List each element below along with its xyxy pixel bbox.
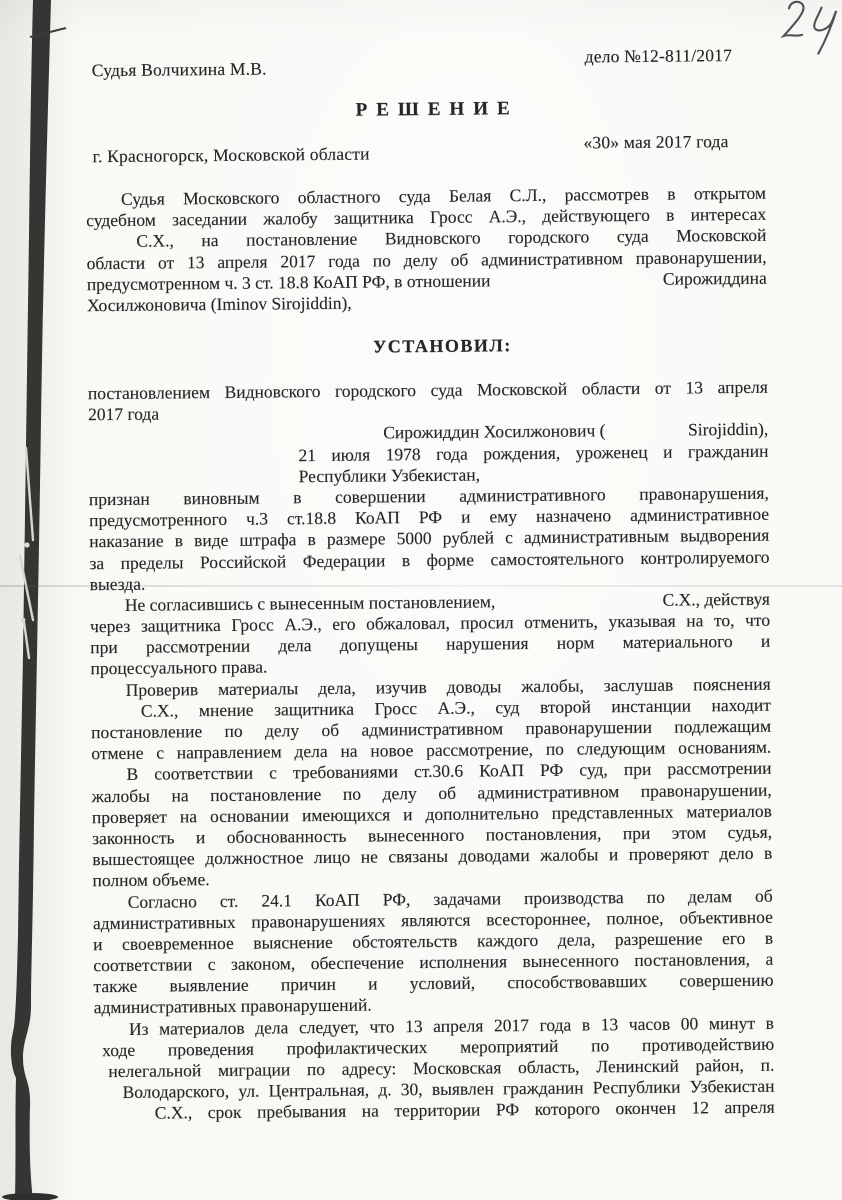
text-segment: предусмотренном ч. 3 ст. 18.8 КоАП РФ, в… xyxy=(87,270,491,295)
scanned-document-page: Судья Волчихина М.В. дело №12-811/2017 Р… xyxy=(0,0,842,1200)
document-content: Судья Волчихина М.В. дело №12-811/2017 Р… xyxy=(0,0,842,1200)
decision-title: РЕШЕНИЕ xyxy=(85,96,765,125)
decision-body-paragraphs: постановлением Видновского городского су… xyxy=(88,377,775,1125)
court-location: г. Красногорск, Московской области xyxy=(92,143,369,167)
text-segment: Sirojiddin), xyxy=(688,419,768,441)
decision-date: «30» мая 2017 года xyxy=(583,131,728,153)
text-segment: Сирожиддин Хосилжонович ( xyxy=(383,421,605,444)
text-segment: С.Х., действуя xyxy=(662,589,769,611)
case-number: дело №12-811/2017 xyxy=(585,45,733,67)
established-heading: УСТАНОВИЛ: xyxy=(87,333,767,361)
judge-name: Судья Волчихина М.В. xyxy=(92,58,267,81)
preamble-paragraphs: Судья Московского областного суда Белая … xyxy=(86,183,767,317)
text-segment: Сирожиддина xyxy=(663,267,767,289)
